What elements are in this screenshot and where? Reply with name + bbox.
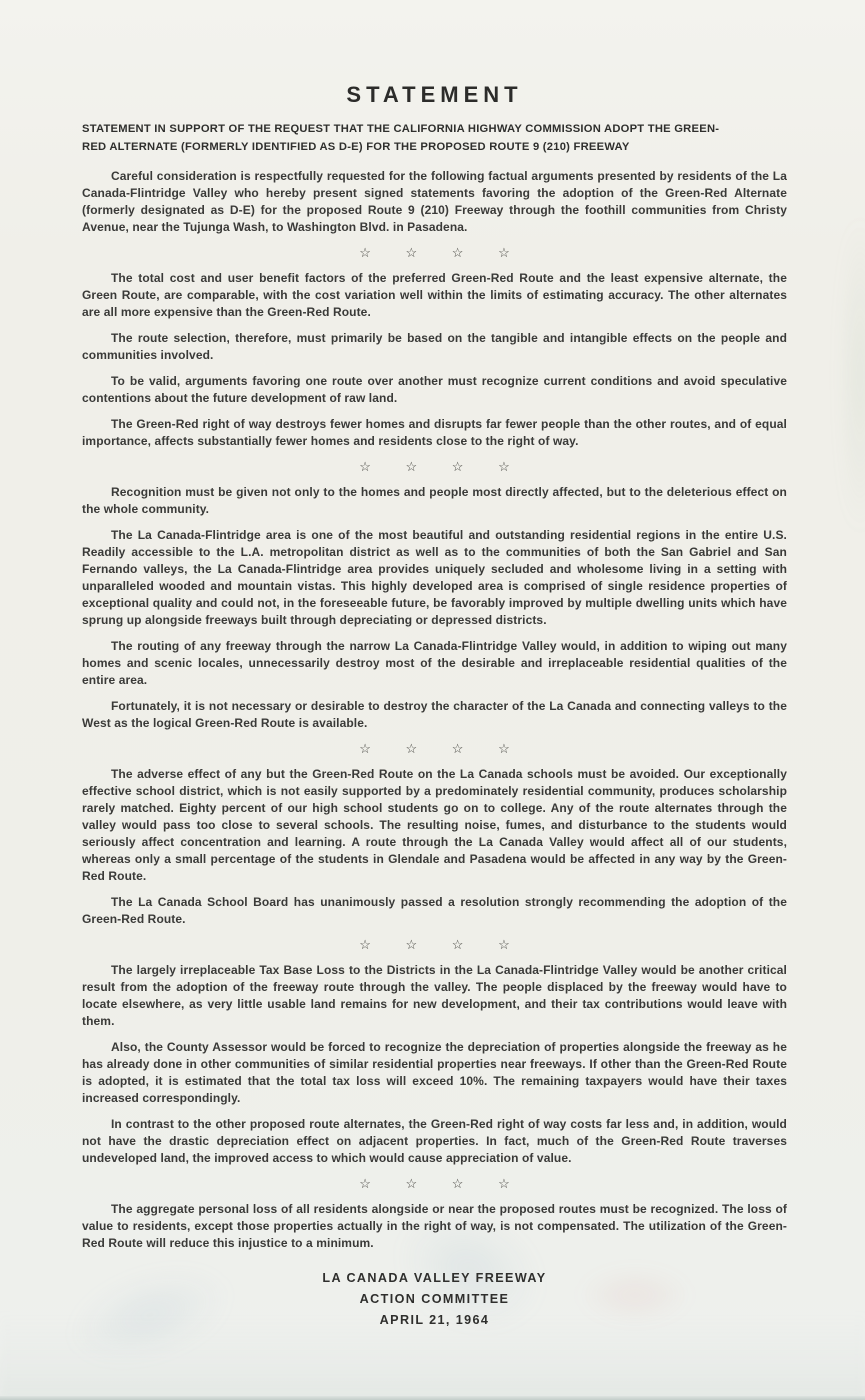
paragraph: In contrast to the other proposed route … [82, 1116, 787, 1167]
document-title: STATEMENT [82, 82, 787, 108]
paragraph: The adverse effect of any but the Green-… [82, 766, 787, 885]
signature-organization-line: LA CANADA VALLEY FREEWAY [82, 1268, 787, 1289]
star-divider: ☆ ☆ ☆ ☆ [82, 245, 787, 261]
document-page: STATEMENT STATEMENT IN SUPPORT OF THE RE… [0, 0, 865, 1400]
paragraph: Fortunately, it is not necessary or desi… [82, 698, 787, 732]
paragraph: The aggregate personal loss of all resid… [82, 1201, 787, 1252]
subtitle-line: STATEMENT IN SUPPORT OF THE REQUEST THAT… [82, 120, 787, 138]
star-divider: ☆ ☆ ☆ ☆ [82, 459, 787, 475]
star-divider: ☆ ☆ ☆ ☆ [82, 741, 787, 757]
scan-bottom-edge [0, 1396, 865, 1400]
paragraph: The largely irreplaceable Tax Base Loss … [82, 962, 787, 1030]
paragraph: The La Canada School Board has unanimous… [82, 894, 787, 928]
signature-date: APRIL 21, 1964 [82, 1310, 787, 1331]
signature-block: LA CANADA VALLEY FREEWAY ACTION COMMITTE… [82, 1268, 787, 1331]
signature-organization-line: ACTION COMMITTEE [82, 1289, 787, 1310]
paragraph: Recognition must be given not only to th… [82, 484, 787, 518]
paragraph: The route selection, therefore, must pri… [82, 330, 787, 364]
paragraph: Also, the County Assessor would be force… [82, 1039, 787, 1107]
paragraph: The Green-Red right of way destroys fewe… [82, 416, 787, 450]
document-content: STATEMENT STATEMENT IN SUPPORT OF THE RE… [82, 82, 787, 1331]
paragraph: Careful consideration is respectfully re… [82, 168, 787, 236]
document-subtitle: STATEMENT IN SUPPORT OF THE REQUEST THAT… [82, 120, 787, 156]
star-divider: ☆ ☆ ☆ ☆ [82, 937, 787, 953]
star-divider: ☆ ☆ ☆ ☆ [82, 1176, 787, 1192]
paragraph: To be valid, arguments favoring one rout… [82, 373, 787, 407]
bleed-through-stain [837, 160, 865, 590]
subtitle-line: RED ALTERNATE (FORMERLY IDENTIFIED AS D-… [82, 138, 787, 156]
paragraph: The total cost and user benefit factors … [82, 270, 787, 321]
paragraph: The routing of any freeway through the n… [82, 638, 787, 689]
paragraph: The La Canada-Flintridge area is one of … [82, 527, 787, 629]
